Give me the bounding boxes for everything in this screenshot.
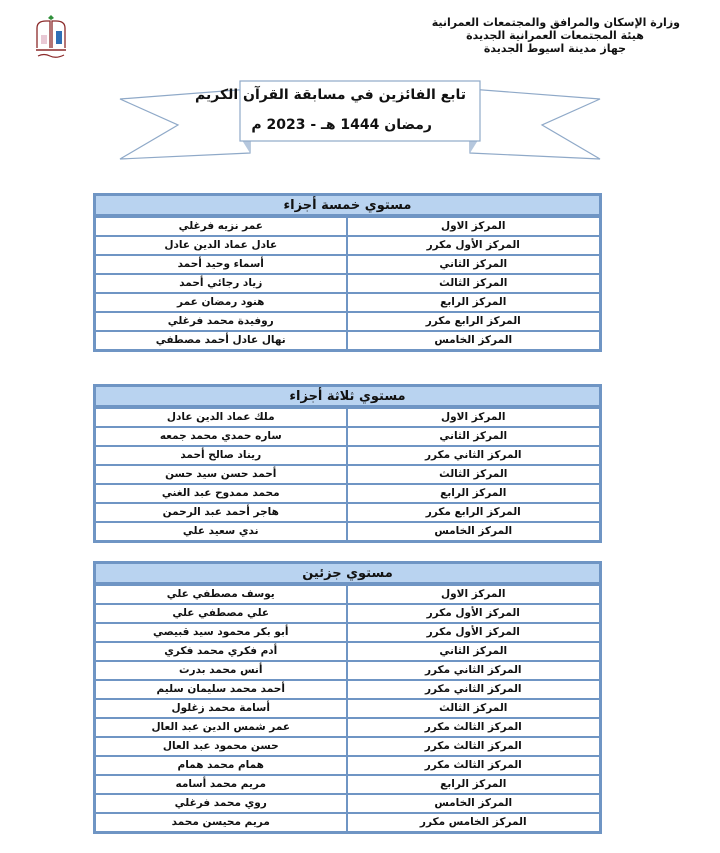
- winner-name-cell: علي مصطفي علي: [96, 605, 346, 622]
- rank-cell: المركز الخامس: [348, 332, 600, 349]
- rank-cell: المركز الثاني مكرر: [348, 447, 600, 464]
- rank-cell: المركز الثالث مكرر: [348, 738, 600, 755]
- authority-line: هيئة المجتمعات العمرانية الجديدة: [400, 29, 680, 42]
- rank-cell: المركز الخامس: [348, 795, 600, 812]
- table-row: المركز الخامسندي سعيد علي: [96, 521, 599, 540]
- table-row: المركز الأول مكررعلي مصطفي علي: [96, 603, 599, 622]
- rank-cell: المركز الثاني مكرر: [348, 681, 600, 698]
- table-row: المركز الأول مكررعادل عماد الدين عادل: [96, 235, 599, 254]
- winner-name-cell: ريناد صالح أحمد: [96, 447, 346, 464]
- rank-cell: المركز الاول: [348, 409, 600, 426]
- rank-cell: المركز الرابع مكرر: [348, 504, 600, 521]
- table-row: المركز الاوليوسف مصطفي علي: [96, 584, 599, 603]
- winner-name-cell: حسن محمود عبد العال: [96, 738, 346, 755]
- three-juz-table: مستوي ثلاثة أجزاء المركز الاولملك عماد ا…: [93, 384, 602, 543]
- table-row: المركز الثانيأدم فكري محمد فكري: [96, 641, 599, 660]
- rank-cell: المركز الثاني: [348, 643, 600, 660]
- rank-cell: المركز الثالث: [348, 275, 600, 292]
- winner-name-cell: يوسف مصطفي علي: [96, 586, 346, 603]
- table-row: المركز الثانيساره حمدي محمد جمعه: [96, 426, 599, 445]
- table-row: المركز الرابع مكررروفيدة محمد فرغلي: [96, 311, 599, 330]
- rank-cell: المركز الثالث: [348, 466, 600, 483]
- rank-cell: المركز الرابع: [348, 776, 600, 793]
- rank-cell: المركز الخامس مكرر: [348, 814, 600, 831]
- winner-name-cell: نهال عادل أحمد مصطفي: [96, 332, 346, 349]
- table-row: المركز الرابعمريم محمد أسامه: [96, 774, 599, 793]
- table-row: المركز الثالثأحمد حسن سيد حسن: [96, 464, 599, 483]
- winner-name-cell: أسامة محمد زغلول: [96, 700, 346, 717]
- ministry-line: وزارة الإسكان والمرافق والمجتمعات العمرا…: [400, 16, 680, 29]
- rank-cell: المركز الثاني: [348, 256, 600, 273]
- rank-cell: المركز الأول مكرر: [348, 237, 600, 254]
- rank-cell: المركز الرابع: [348, 485, 600, 502]
- rank-cell: المركز الرابع: [348, 294, 600, 311]
- winner-name-cell: مريم محمد أسامه: [96, 776, 346, 793]
- table-row: المركز الرابعمحمد ممدوح عبد الغني: [96, 483, 599, 502]
- winner-name-cell: هاجر أحمد عبد الرحمن: [96, 504, 346, 521]
- new-assiut-logo: [32, 14, 70, 64]
- banner-title: تابع الفائزين في مسابقة القرآن الكريم: [195, 87, 466, 103]
- winner-name-cell: أنس محمد بدرت: [96, 662, 346, 679]
- table-row: المركز الثالث مكررعمر شمس الدين عبد العا…: [96, 717, 599, 736]
- winner-name-cell: عمر نزيه فرغلي: [96, 218, 346, 235]
- winner-name-cell: مريم محيسن محمد: [96, 814, 346, 831]
- rank-cell: المركز الثالث مكرر: [348, 757, 600, 774]
- table-row: المركز الثالثزياد رجائي أحمد: [96, 273, 599, 292]
- rank-cell: المركز الثاني: [348, 428, 600, 445]
- table-row: المركز الثالث مكررهمام محمد همام: [96, 755, 599, 774]
- title-banner: تابع الفائزين في مسابقة القرآن الكريم رم…: [100, 75, 620, 165]
- table-row: المركز الخامس مكررمريم محيسن محمد: [96, 812, 599, 831]
- winner-name-cell: أبو بكر محمود سيد قبيصي: [96, 624, 346, 641]
- section-title: مستوي ثلاثة أجزاء: [96, 387, 599, 407]
- table-row: المركز الثالث مكررحسن محمود عبد العال: [96, 736, 599, 755]
- winner-name-cell: عمر شمس الدين عبد العال: [96, 719, 346, 736]
- table-row: المركز الخامسروي محمد فرغلي: [96, 793, 599, 812]
- table-row: المركز الرابعهنود رمضان عمر: [96, 292, 599, 311]
- winner-name-cell: عادل عماد الدين عادل: [96, 237, 346, 254]
- winner-name-cell: زياد رجائي أحمد: [96, 275, 346, 292]
- table-row: المركز الخامسنهال عادل أحمد مصطفي: [96, 330, 599, 349]
- winner-name-cell: محمد ممدوح عبد الغني: [96, 485, 346, 502]
- table-row: المركز الثالثأسامة محمد زغلول: [96, 698, 599, 717]
- rank-cell: المركز الخامس: [348, 523, 600, 540]
- rank-cell: المركز الثالث: [348, 700, 600, 717]
- rank-cell: المركز الأول مكرر: [348, 624, 600, 641]
- table-row: المركز الثاني مكررريناد صالح أحمد: [96, 445, 599, 464]
- winner-name-cell: همام محمد همام: [96, 757, 346, 774]
- winner-name-cell: ملك عماد الدين عادل: [96, 409, 346, 426]
- winner-name-cell: أسماء وحيد أحمد: [96, 256, 346, 273]
- rank-cell: المركز الثالث مكرر: [348, 719, 600, 736]
- winner-name-cell: روفيدة محمد فرغلي: [96, 313, 346, 330]
- rank-cell: المركز الرابع مكرر: [348, 313, 600, 330]
- banner-date: رمضان 1444 هـ - 2023 م: [251, 117, 432, 133]
- rank-cell: المركز الأول مكرر: [348, 605, 600, 622]
- section-title: مستوي خمسة أجزاء: [96, 196, 599, 216]
- city-agency-line: جهاز مدينة اسيوط الجديدة: [400, 42, 680, 55]
- winner-name-cell: ندي سعيد علي: [96, 523, 346, 540]
- table-row: المركز الرابع مكررهاجر أحمد عبد الرحمن: [96, 502, 599, 521]
- rank-cell: المركز الثاني مكرر: [348, 662, 600, 679]
- logo-icon: [32, 14, 70, 64]
- winner-name-cell: أحمد حسن سيد حسن: [96, 466, 346, 483]
- ministry-header: وزارة الإسكان والمرافق والمجتمعات العمرا…: [400, 16, 680, 55]
- table-row: المركز الاولملك عماد الدين عادل: [96, 407, 599, 426]
- winner-name-cell: هنود رمضان عمر: [96, 294, 346, 311]
- table-row: المركز الأول مكررأبو بكر محمود سيد قبيصي: [96, 622, 599, 641]
- rank-cell: المركز الاول: [348, 218, 600, 235]
- two-juz-table: مستوي جزئين المركز الاوليوسف مصطفي علي ا…: [93, 561, 602, 834]
- winner-name-cell: أدم فكري محمد فكري: [96, 643, 346, 660]
- section-title: مستوي جزئين: [96, 564, 599, 584]
- winner-name-cell: روي محمد فرغلي: [96, 795, 346, 812]
- table-row: المركز الاولعمر نزيه فرغلي: [96, 216, 599, 235]
- rank-cell: المركز الاول: [348, 586, 600, 603]
- table-row: المركز الثانيأسماء وحيد أحمد: [96, 254, 599, 273]
- table-row: المركز الثاني مكررأنس محمد بدرت: [96, 660, 599, 679]
- table-row: المركز الثاني مكررأحمد محمد سليمان سليم: [96, 679, 599, 698]
- winner-name-cell: ساره حمدي محمد جمعه: [96, 428, 346, 445]
- five-juz-table: مستوي خمسة أجزاء المركز الاولعمر نزيه فر…: [93, 193, 602, 352]
- winner-name-cell: أحمد محمد سليمان سليم: [96, 681, 346, 698]
